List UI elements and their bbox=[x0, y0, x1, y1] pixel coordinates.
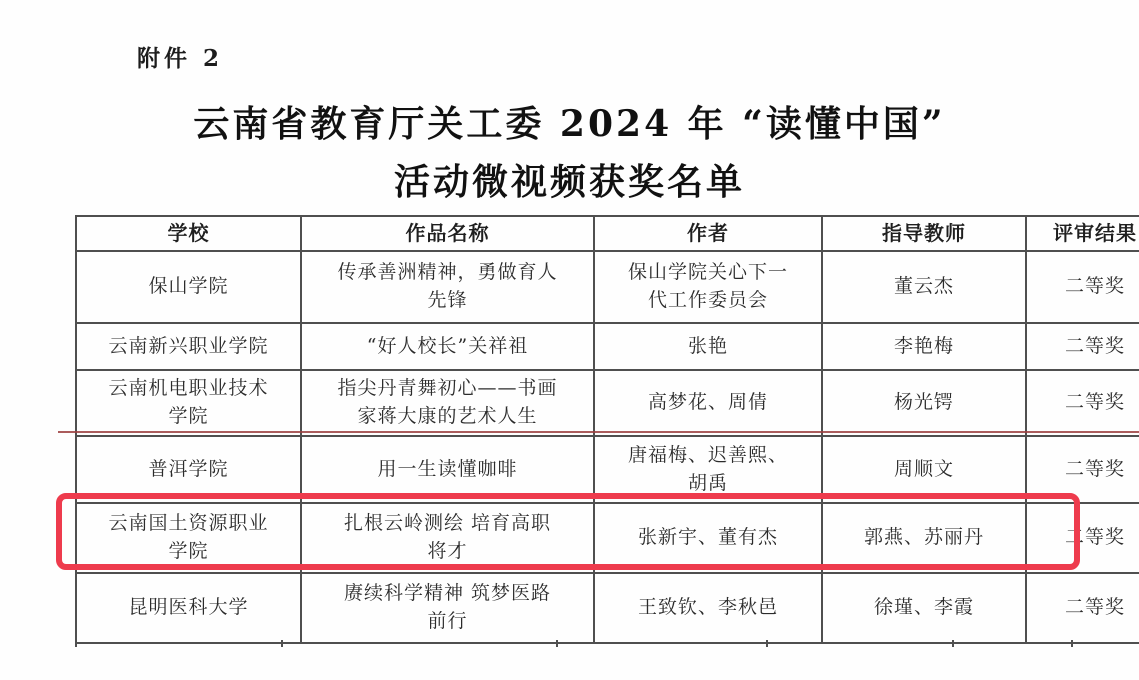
cell-teacher: 郭燕、苏丽丹 bbox=[822, 503, 1026, 573]
cell-teacher: 李艳梅 bbox=[822, 323, 1026, 370]
cell-work: 赓续科学精神 筑梦医路前行 bbox=[301, 573, 594, 643]
red-divider-line bbox=[58, 431, 1139, 433]
cell-work: 指尖丹青舞初心——书画家蒋大康的艺术人生 bbox=[301, 370, 594, 436]
column-header-3: 指导教师 bbox=[822, 216, 1026, 251]
cell-result: 二等奖 bbox=[1026, 436, 1139, 503]
cell-teacher: 徐瑾、李霞 bbox=[822, 573, 1026, 643]
cell-work: 传承善洲精神，勇做育人先锋 bbox=[301, 251, 594, 323]
cell-result: 二等奖 bbox=[1026, 573, 1139, 643]
cell-school: 保山学院 bbox=[76, 251, 301, 323]
award-table: 学校作品名称作者指导教师评审结果 保山学院传承善洲精神，勇做育人先锋保山学院关心… bbox=[75, 215, 1139, 644]
cell-teacher: 周顺文 bbox=[822, 436, 1026, 503]
table-row: 云南新兴职业学院“好人校长”关祥祖张艳李艳梅二等奖 bbox=[76, 323, 1139, 370]
table-header-row: 学校作品名称作者指导教师评审结果 bbox=[76, 216, 1139, 251]
document-title: 云南省教育厅关工委 2024 年 “读懂中国” 活动微视频获奖名单 bbox=[0, 96, 1139, 211]
table-row: 保山学院传承善洲精神，勇做育人先锋保山学院关心下一代工作委员会董云杰二等奖 bbox=[76, 251, 1139, 323]
cell-school: 云南机电职业技术学院 bbox=[76, 370, 301, 436]
cell-work: 扎根云岭测绘 培育高职将才 bbox=[301, 503, 594, 573]
cell-author: 王致钦、李秋邑 bbox=[594, 573, 822, 643]
cell-school: 云南国土资源职业学院 bbox=[76, 503, 301, 573]
cell-result: 二等奖 bbox=[1026, 370, 1139, 436]
attachment-label: 附件 2 bbox=[137, 40, 223, 73]
cell-author: 张艳 bbox=[594, 323, 822, 370]
cell-work: “好人校长”关祥祖 bbox=[301, 323, 594, 370]
cell-teacher: 杨光锷 bbox=[822, 370, 1026, 436]
cell-result: 二等奖 bbox=[1026, 503, 1139, 573]
table-row: 昆明医科大学赓续科学精神 筑梦医路前行王致钦、李秋邑徐瑾、李霞二等奖 bbox=[76, 573, 1139, 643]
cell-result: 二等奖 bbox=[1026, 323, 1139, 370]
cell-work: 用一生读懂咖啡 bbox=[301, 436, 594, 503]
cell-school: 普洱学院 bbox=[76, 436, 301, 503]
cell-author: 唐福梅、迟善熙、胡禹 bbox=[594, 436, 822, 503]
cell-school: 云南新兴职业学院 bbox=[76, 323, 301, 370]
cell-author: 张新宇、董有杰 bbox=[594, 503, 822, 573]
column-header-1: 作品名称 bbox=[301, 216, 594, 251]
cell-author: 保山学院关心下一代工作委员会 bbox=[594, 251, 822, 323]
cell-school: 昆明医科大学 bbox=[76, 573, 301, 643]
cell-result: 二等奖 bbox=[1026, 251, 1139, 323]
cell-teacher: 董云杰 bbox=[822, 251, 1026, 323]
column-header-2: 作者 bbox=[594, 216, 822, 251]
table-row: 普洱学院用一生读懂咖啡唐福梅、迟善熙、胡禹周顺文二等奖 bbox=[76, 436, 1139, 503]
table-row: 云南机电职业技术学院指尖丹青舞初心——书画家蒋大康的艺术人生高梦花、周倩杨光锷二… bbox=[76, 370, 1139, 436]
cell-author: 高梦花、周倩 bbox=[594, 370, 822, 436]
column-header-4: 评审结果 bbox=[1026, 216, 1139, 251]
column-header-0: 学校 bbox=[76, 216, 301, 251]
document-title-line2: 活动微视频获奖名单 bbox=[394, 161, 745, 203]
document-title-line1: 云南省教育厅关工委 2024 年 “读懂中国” bbox=[193, 103, 945, 145]
document-page: 附件 2 云南省教育厅关工委 2024 年 “读懂中国” 活动微视频获奖名单 学… bbox=[0, 0, 1139, 680]
table-row-highlighted: 云南国土资源职业学院扎根云岭测绘 培育高职将才张新宇、董有杰郭燕、苏丽丹二等奖 bbox=[76, 503, 1139, 573]
